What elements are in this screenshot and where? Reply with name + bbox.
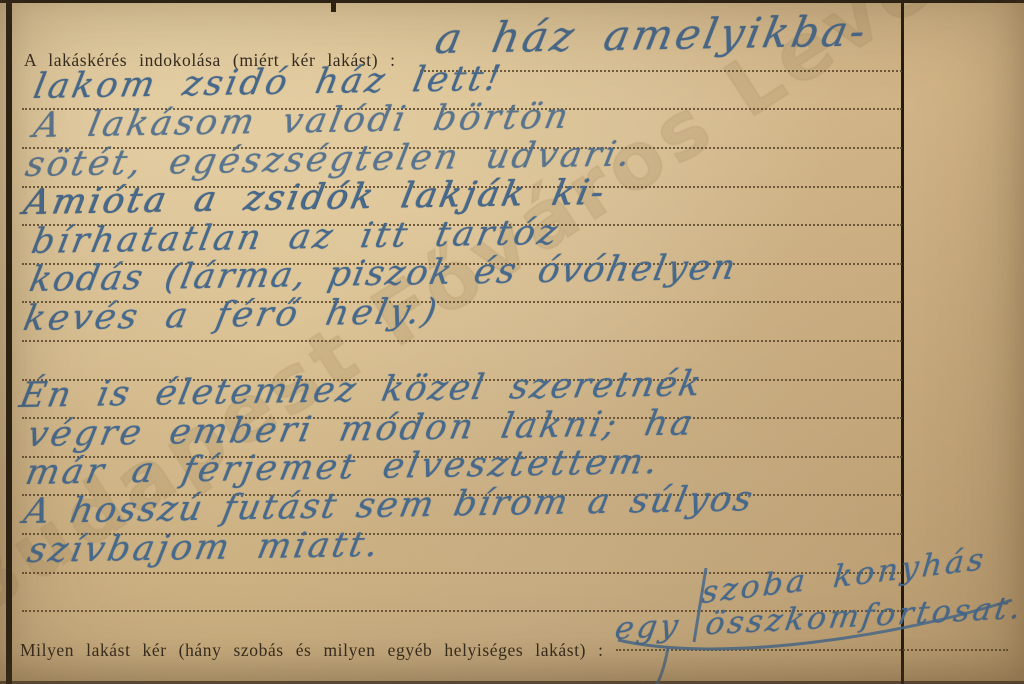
scanned-form-page: Budapest Főváros Levéltára A lakáskérés … [0, 0, 1024, 684]
question2-label: Milyen lakást kér (hány szobás és milyen… [20, 640, 604, 661]
top-tick-mark [331, 0, 336, 12]
top-border-line [0, 0, 1024, 3]
handwriting-line: a ház amelyikba- [432, 11, 872, 60]
handwriting-line: szívbajom miatt. [24, 524, 385, 572]
dotted-rule [616, 649, 1008, 651]
handwriting-line: kevés a férő hely.) [20, 291, 443, 340]
left-border-line [6, 0, 12, 684]
dotted-rule [22, 340, 902, 342]
